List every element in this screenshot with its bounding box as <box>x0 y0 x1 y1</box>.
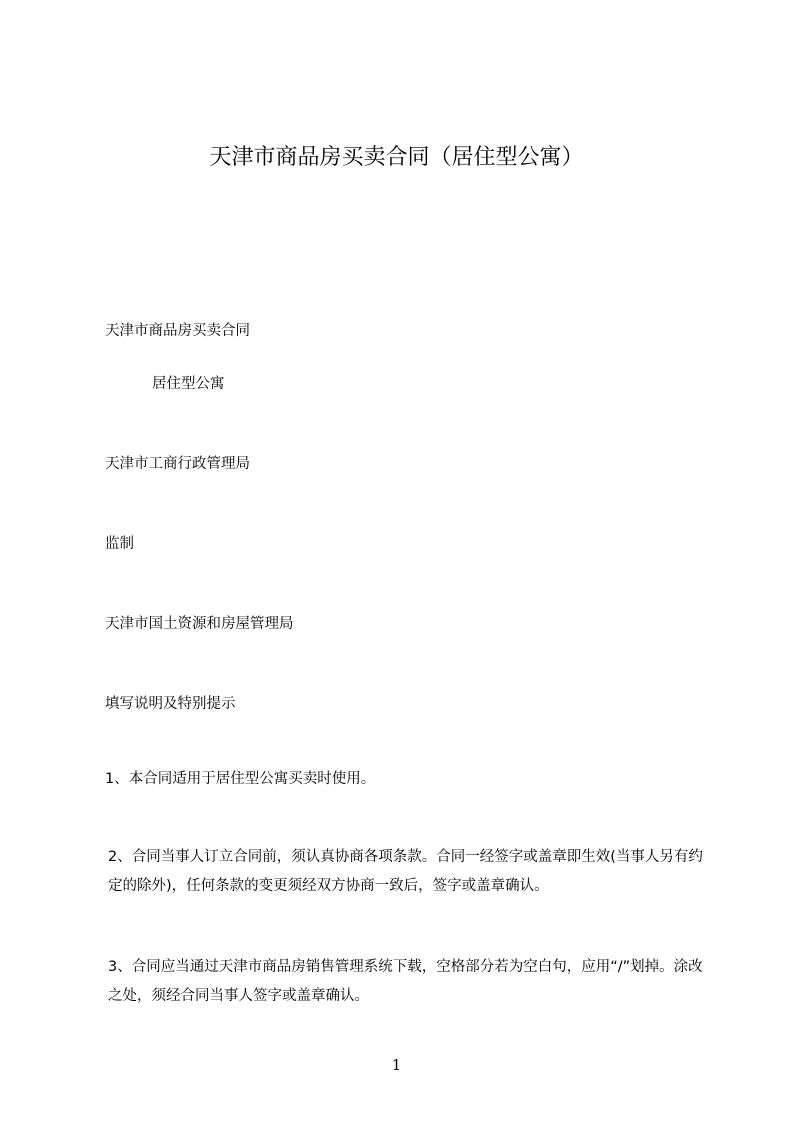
page-number: 1 <box>0 1056 793 1074</box>
document-title: 天津市商品房买卖合同（居住型公寓） <box>0 140 793 171</box>
instruction-item-2: 2、合同当事人订立合同前，须认真协商各项条款。合同一经签字或盖章即生效(当事人另… <box>108 843 708 901</box>
issuer-1: 天津市工商行政管理局 <box>105 452 250 473</box>
instruction-item-3: 3、合同应当通过天津市商品房销售管理系统下载，空格部分若为空白句，应用“/”划掉… <box>108 953 708 1011</box>
instruction-item-1: 1、本合同适用于居住型公寓买卖时使用。 <box>105 765 705 794</box>
issuer-2: 天津市国土资源和房屋管理局 <box>105 612 294 633</box>
instructions-heading: 填写说明及特别提示 <box>105 692 236 713</box>
contract-name: 天津市商品房买卖合同 <box>105 319 250 340</box>
supervision-label: 监制 <box>105 532 134 553</box>
contract-type: 居住型公寓 <box>152 372 225 393</box>
